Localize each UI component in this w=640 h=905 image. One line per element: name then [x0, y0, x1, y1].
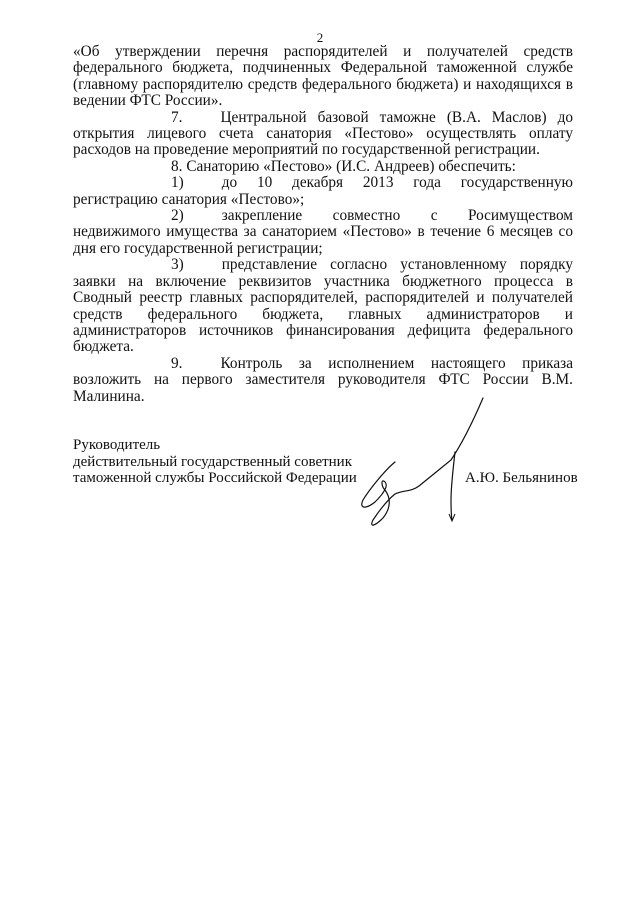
item-number: 1) — [122, 175, 184, 191]
signatory-name: А.Ю. Бельянинов — [465, 470, 578, 487]
item-number: 2) — [122, 208, 184, 224]
paragraph-item-8: 8. Санаторию «Пестово» (И.С. Андреев) об… — [73, 159, 573, 175]
paragraph-text: Санаторию «Пестово» (И.С. Андреев) обесп… — [186, 158, 516, 175]
paragraph-subitem-3: 3)представление согласно установленному … — [73, 257, 573, 355]
signatory-title-line: Руководитель — [73, 437, 357, 454]
item-number: 8. — [122, 159, 182, 175]
signatory-title: Руководитель действительный государствен… — [73, 437, 357, 487]
paragraph-order-reference: «Об утверждении перечня распорядителей и… — [73, 44, 573, 110]
handwritten-signature-icon — [355, 390, 495, 530]
paragraph-text: «Об утверждении перечня распорядителей и… — [73, 43, 573, 109]
paragraph-item-7: 7.Центральной базовой таможне (В.А. Масл… — [73, 110, 573, 159]
signatory-title-line: действительный государственный советник — [73, 454, 357, 471]
item-number: 7. — [122, 110, 182, 126]
paragraph-subitem-2: 2)закрепление совместно с Росимуществом … — [73, 208, 573, 257]
document-body: «Об утверждении перечня распорядителей и… — [73, 44, 573, 405]
item-number: 9. — [122, 356, 182, 372]
paragraph-item-9: 9.Контроль за исполнением настоящего при… — [73, 356, 573, 405]
paragraph-subitem-1: 1)до 10 декабря 2013 года государственну… — [73, 175, 573, 208]
item-number: 3) — [122, 257, 184, 273]
signatory-title-line: таможенной службы Российской Федерации — [73, 470, 357, 487]
